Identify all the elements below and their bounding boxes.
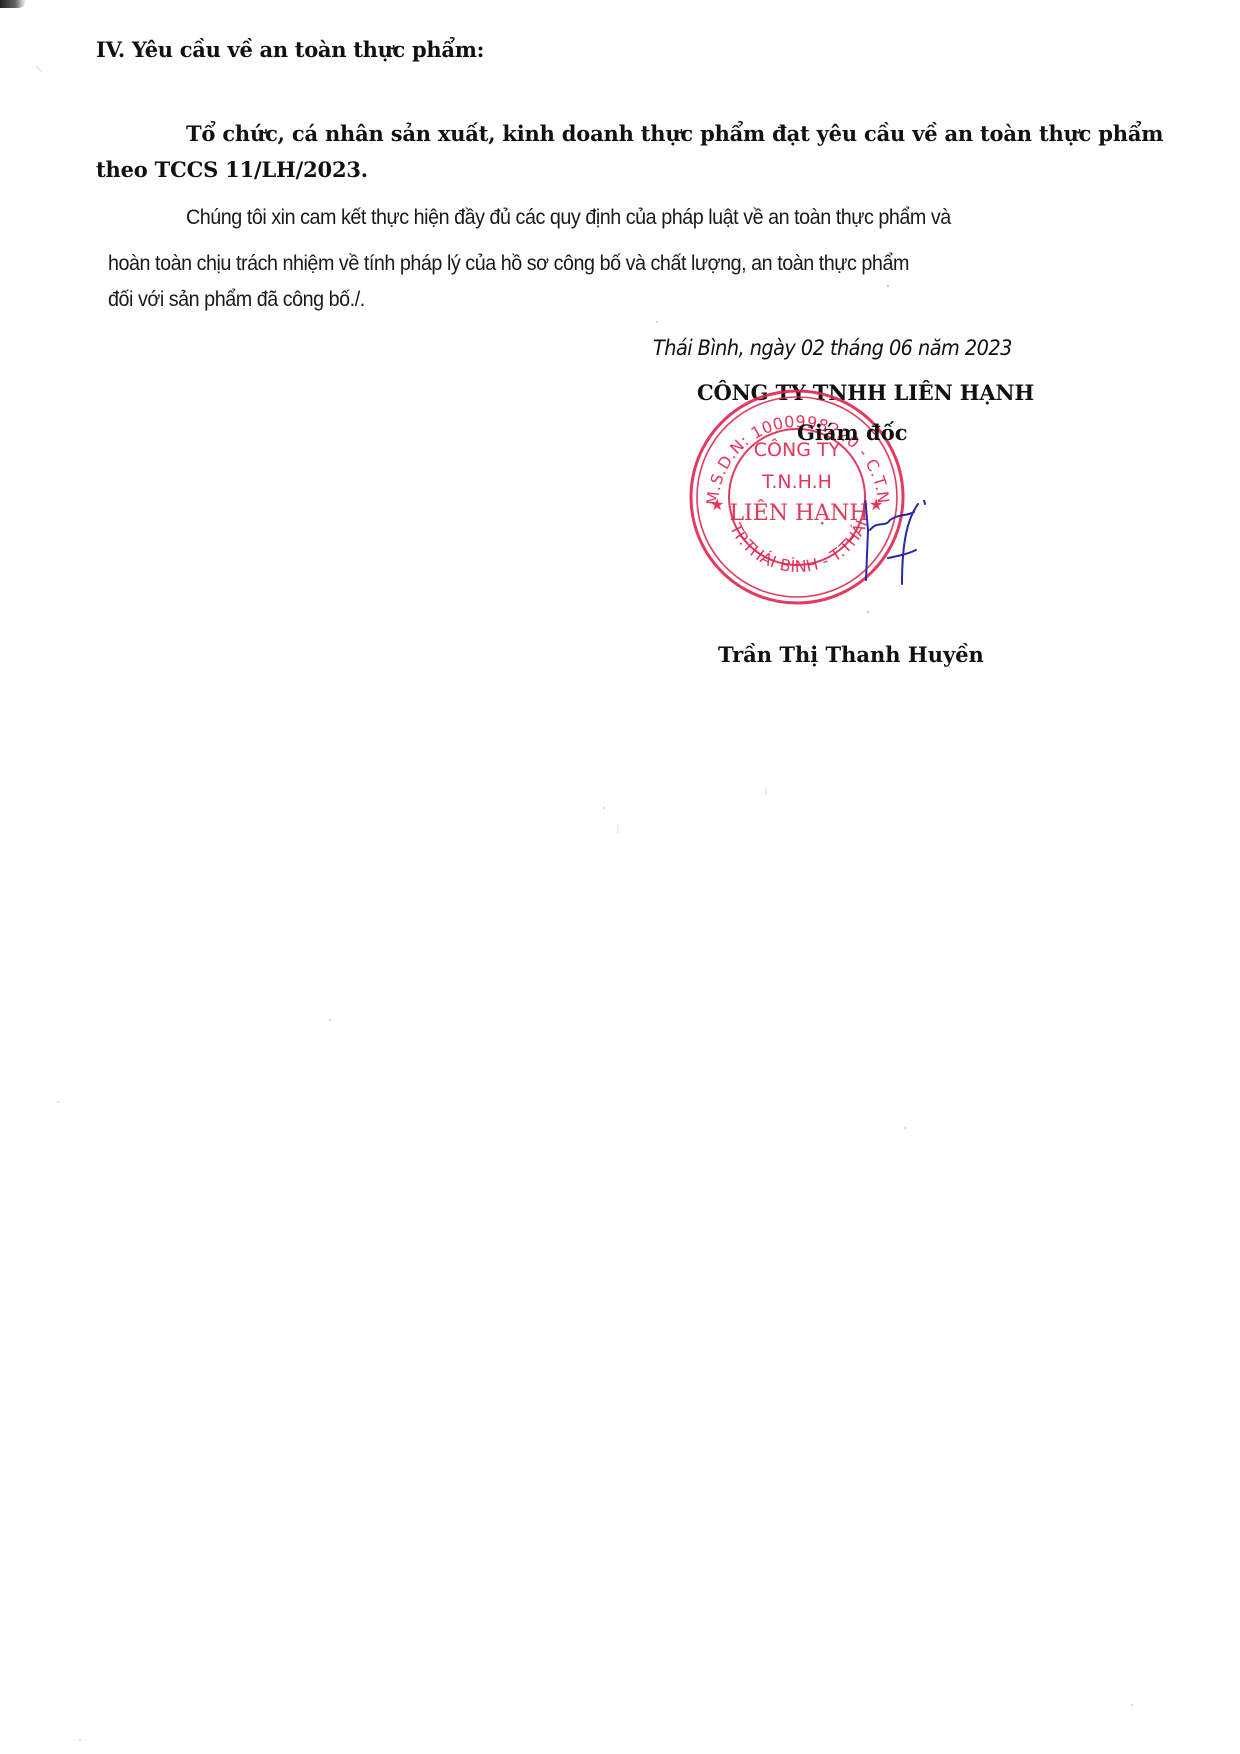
place-date: Thái Bình, ngày 02 tháng 06 năm 2023 <box>653 336 1012 360</box>
signer-position: Giám đốc <box>797 420 908 445</box>
signature-strokes <box>790 500 940 610</box>
handwritten-signature <box>790 500 940 610</box>
commitment-line-1: Chúng tôi xin cam kết thực hiện đầy đủ c… <box>186 206 951 230</box>
signer-name: Trần Thị Thanh Huyền <box>718 642 984 667</box>
scan-corner-shadow <box>0 0 26 8</box>
section-heading: IV. Yêu cầu về an toàn thực phẩm: <box>96 37 484 62</box>
requirement-line-2: theo TCCS 11/LH/2023. <box>96 157 368 182</box>
commitment-line-2: hoàn toàn chịu trách nhiệm về tính pháp … <box>108 252 909 276</box>
stamp-star-left: ★ <box>710 495 724 514</box>
stamp-center-line-2: T.N.H.H <box>761 471 832 493</box>
requirement-line-1: Tổ chức, cá nhân sản xuất, kinh doanh th… <box>186 121 1163 146</box>
commitment-line-3: đối với sản phẩm đã công bố./. <box>108 288 365 312</box>
